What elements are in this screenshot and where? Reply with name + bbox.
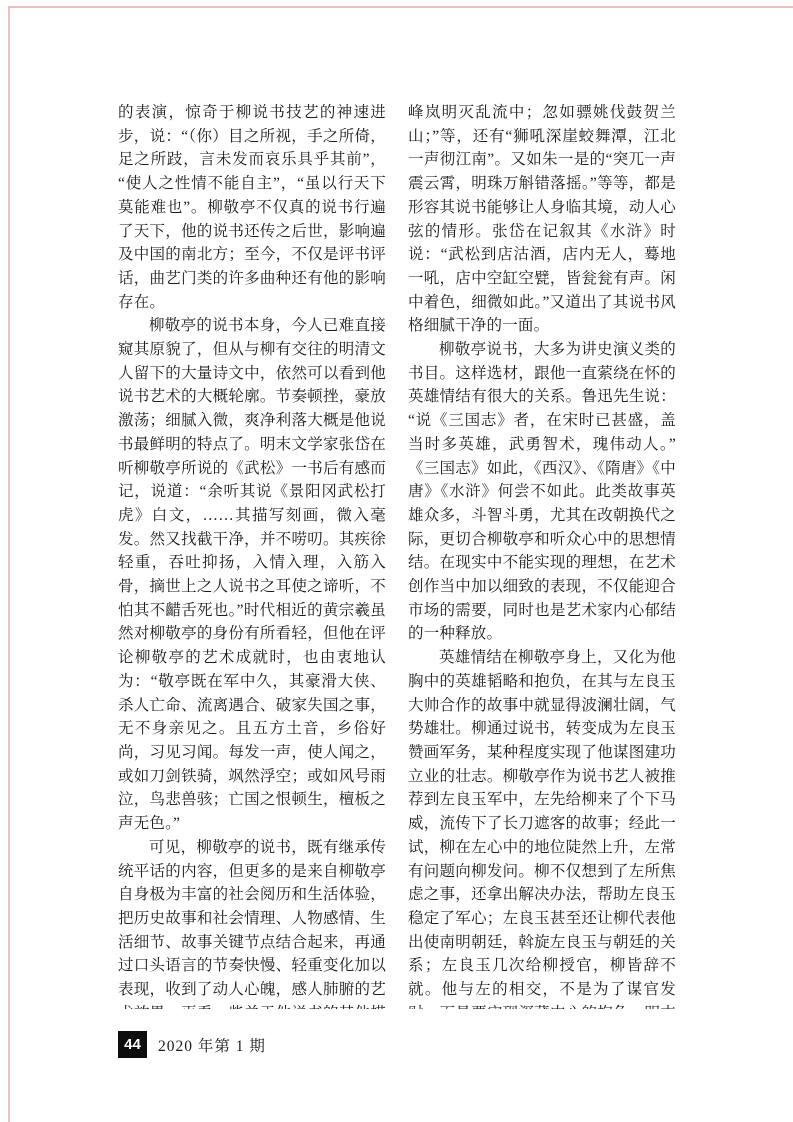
page-number-badge: 44	[118, 1031, 147, 1058]
issue-label: 2020 年第 1 期	[158, 1034, 266, 1056]
paragraph: 柳敬亭的说书本身，今人已难直接窥其原貌了，但从与柳有交往的明清文人留下的大量诗文…	[118, 314, 386, 835]
page-edge-left-line	[8, 6, 10, 1122]
paragraph-continuation: 的表演，惊奇于柳说书技艺的神速进步，说：“（你）目之所视，手之所倚，足之所跂，言…	[118, 101, 386, 314]
document-page: 的表演，惊奇于柳说书技艺的神速进步，说：“（你）目之所视，手之所倚，足之所跂，言…	[0, 0, 793, 1122]
text-column-left: 的表演，惊奇于柳说书技艺的神速进步，说：“（你）目之所视，手之所倚，足之所跂，言…	[118, 101, 386, 1009]
paragraph: 英雄情结在柳敬亭身上，又化为他胸中的英雄韬略和抱负，在其与左良玉大帅合作的故事中…	[408, 646, 676, 1009]
article-body: 的表演，惊奇于柳说书技艺的神速进步，说：“（你）目之所视，手之所倚，足之所跂，言…	[118, 101, 676, 1009]
paragraph-continuation: 峰岚明灭乱流中；忽如骠姚伐鼓贺兰山；”等，还有“狮吼深崖蛟舞潭，江北一声彻江南”…	[408, 101, 676, 338]
text-column-right: 峰岚明灭乱流中；忽如骠姚伐鼓贺兰山；”等，还有“狮吼深崖蛟舞潭，江北一声彻江南”…	[408, 101, 676, 1009]
paragraph: 柳敬亭说书，大多为讲史演义类的书目。这样选材，跟他一直萦绕在怀的英雄情结有很大的…	[408, 338, 676, 646]
page-edge-top-line	[8, 6, 793, 8]
page-footer: 44 2020 年第 1 期	[118, 1031, 266, 1058]
paragraph: 可见，柳敬亭的说书，既有继承传统平话的内容，但更多的是来自柳敬亭自身极为丰富的社…	[118, 836, 386, 1009]
